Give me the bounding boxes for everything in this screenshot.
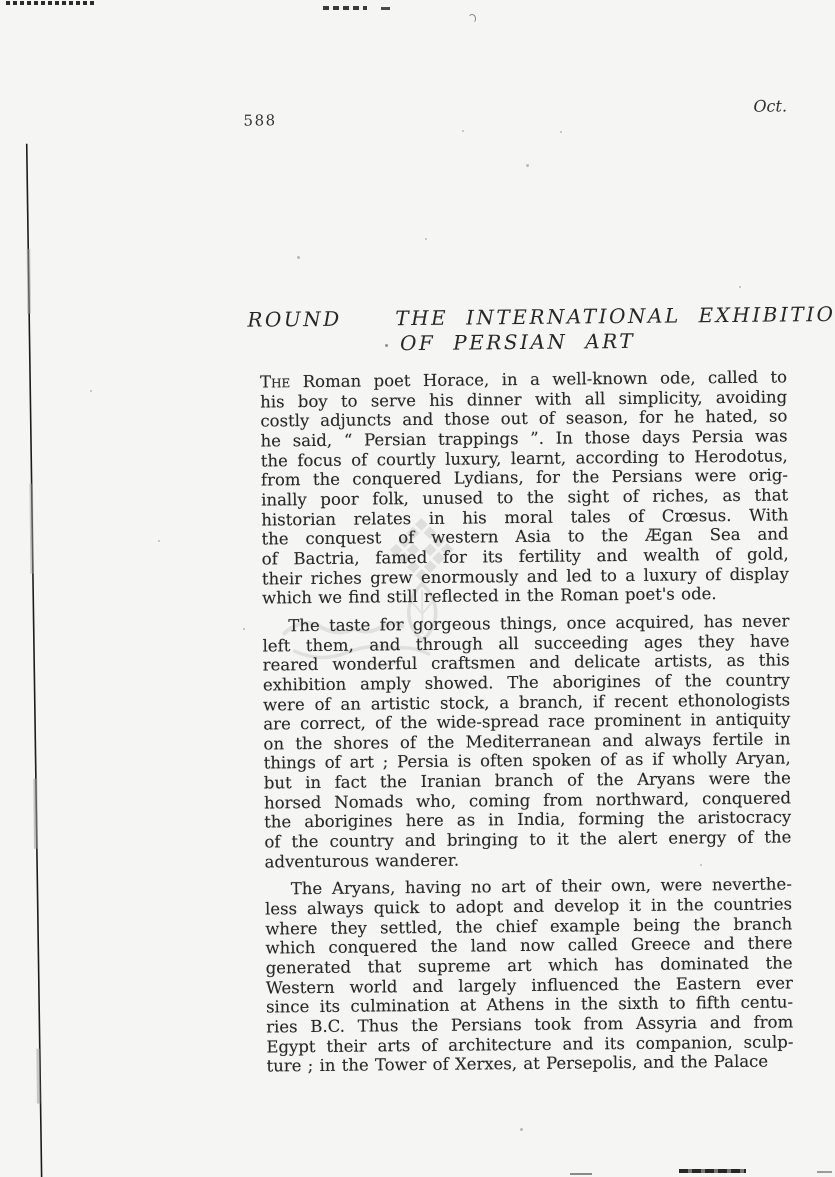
article-title-line-2: OF PERSIAN ART xyxy=(248,327,788,357)
paragraph: The Aryans, having no art of their own, … xyxy=(265,875,794,1077)
smallcaps-opener: The xyxy=(260,372,290,391)
text-line: adventurous wanderer. xyxy=(265,847,792,872)
article-title-line-1: ROUND THE INTERNATIONAL EXHIBITION xyxy=(247,302,787,332)
issue-month-label: Oct. xyxy=(753,96,787,115)
text-line: ture ; in the Tower of Xerxes, at Persep… xyxy=(266,1052,793,1077)
text-line: which we find still reflected in the Rom… xyxy=(262,584,789,609)
page-content: 588 Oct. ROUND THE INTERNATIONAL EXHIBIT… xyxy=(0,0,835,1177)
article-body: The Roman poet Horace, in a well-known o… xyxy=(260,367,794,1076)
paragraph: The Roman poet Horace, in a well-known o… xyxy=(260,367,789,608)
scanned-document-page: 588 Oct. ROUND THE INTERNATIONAL EXHIBIT… xyxy=(0,0,835,1177)
article-title: ROUND THE INTERNATIONAL EXHIBITION OF PE… xyxy=(247,302,787,357)
page-number: 588 xyxy=(243,111,276,129)
paragraph: The taste for gorgeous things, once acqu… xyxy=(262,611,791,872)
scan-fold-line xyxy=(0,3,76,1177)
